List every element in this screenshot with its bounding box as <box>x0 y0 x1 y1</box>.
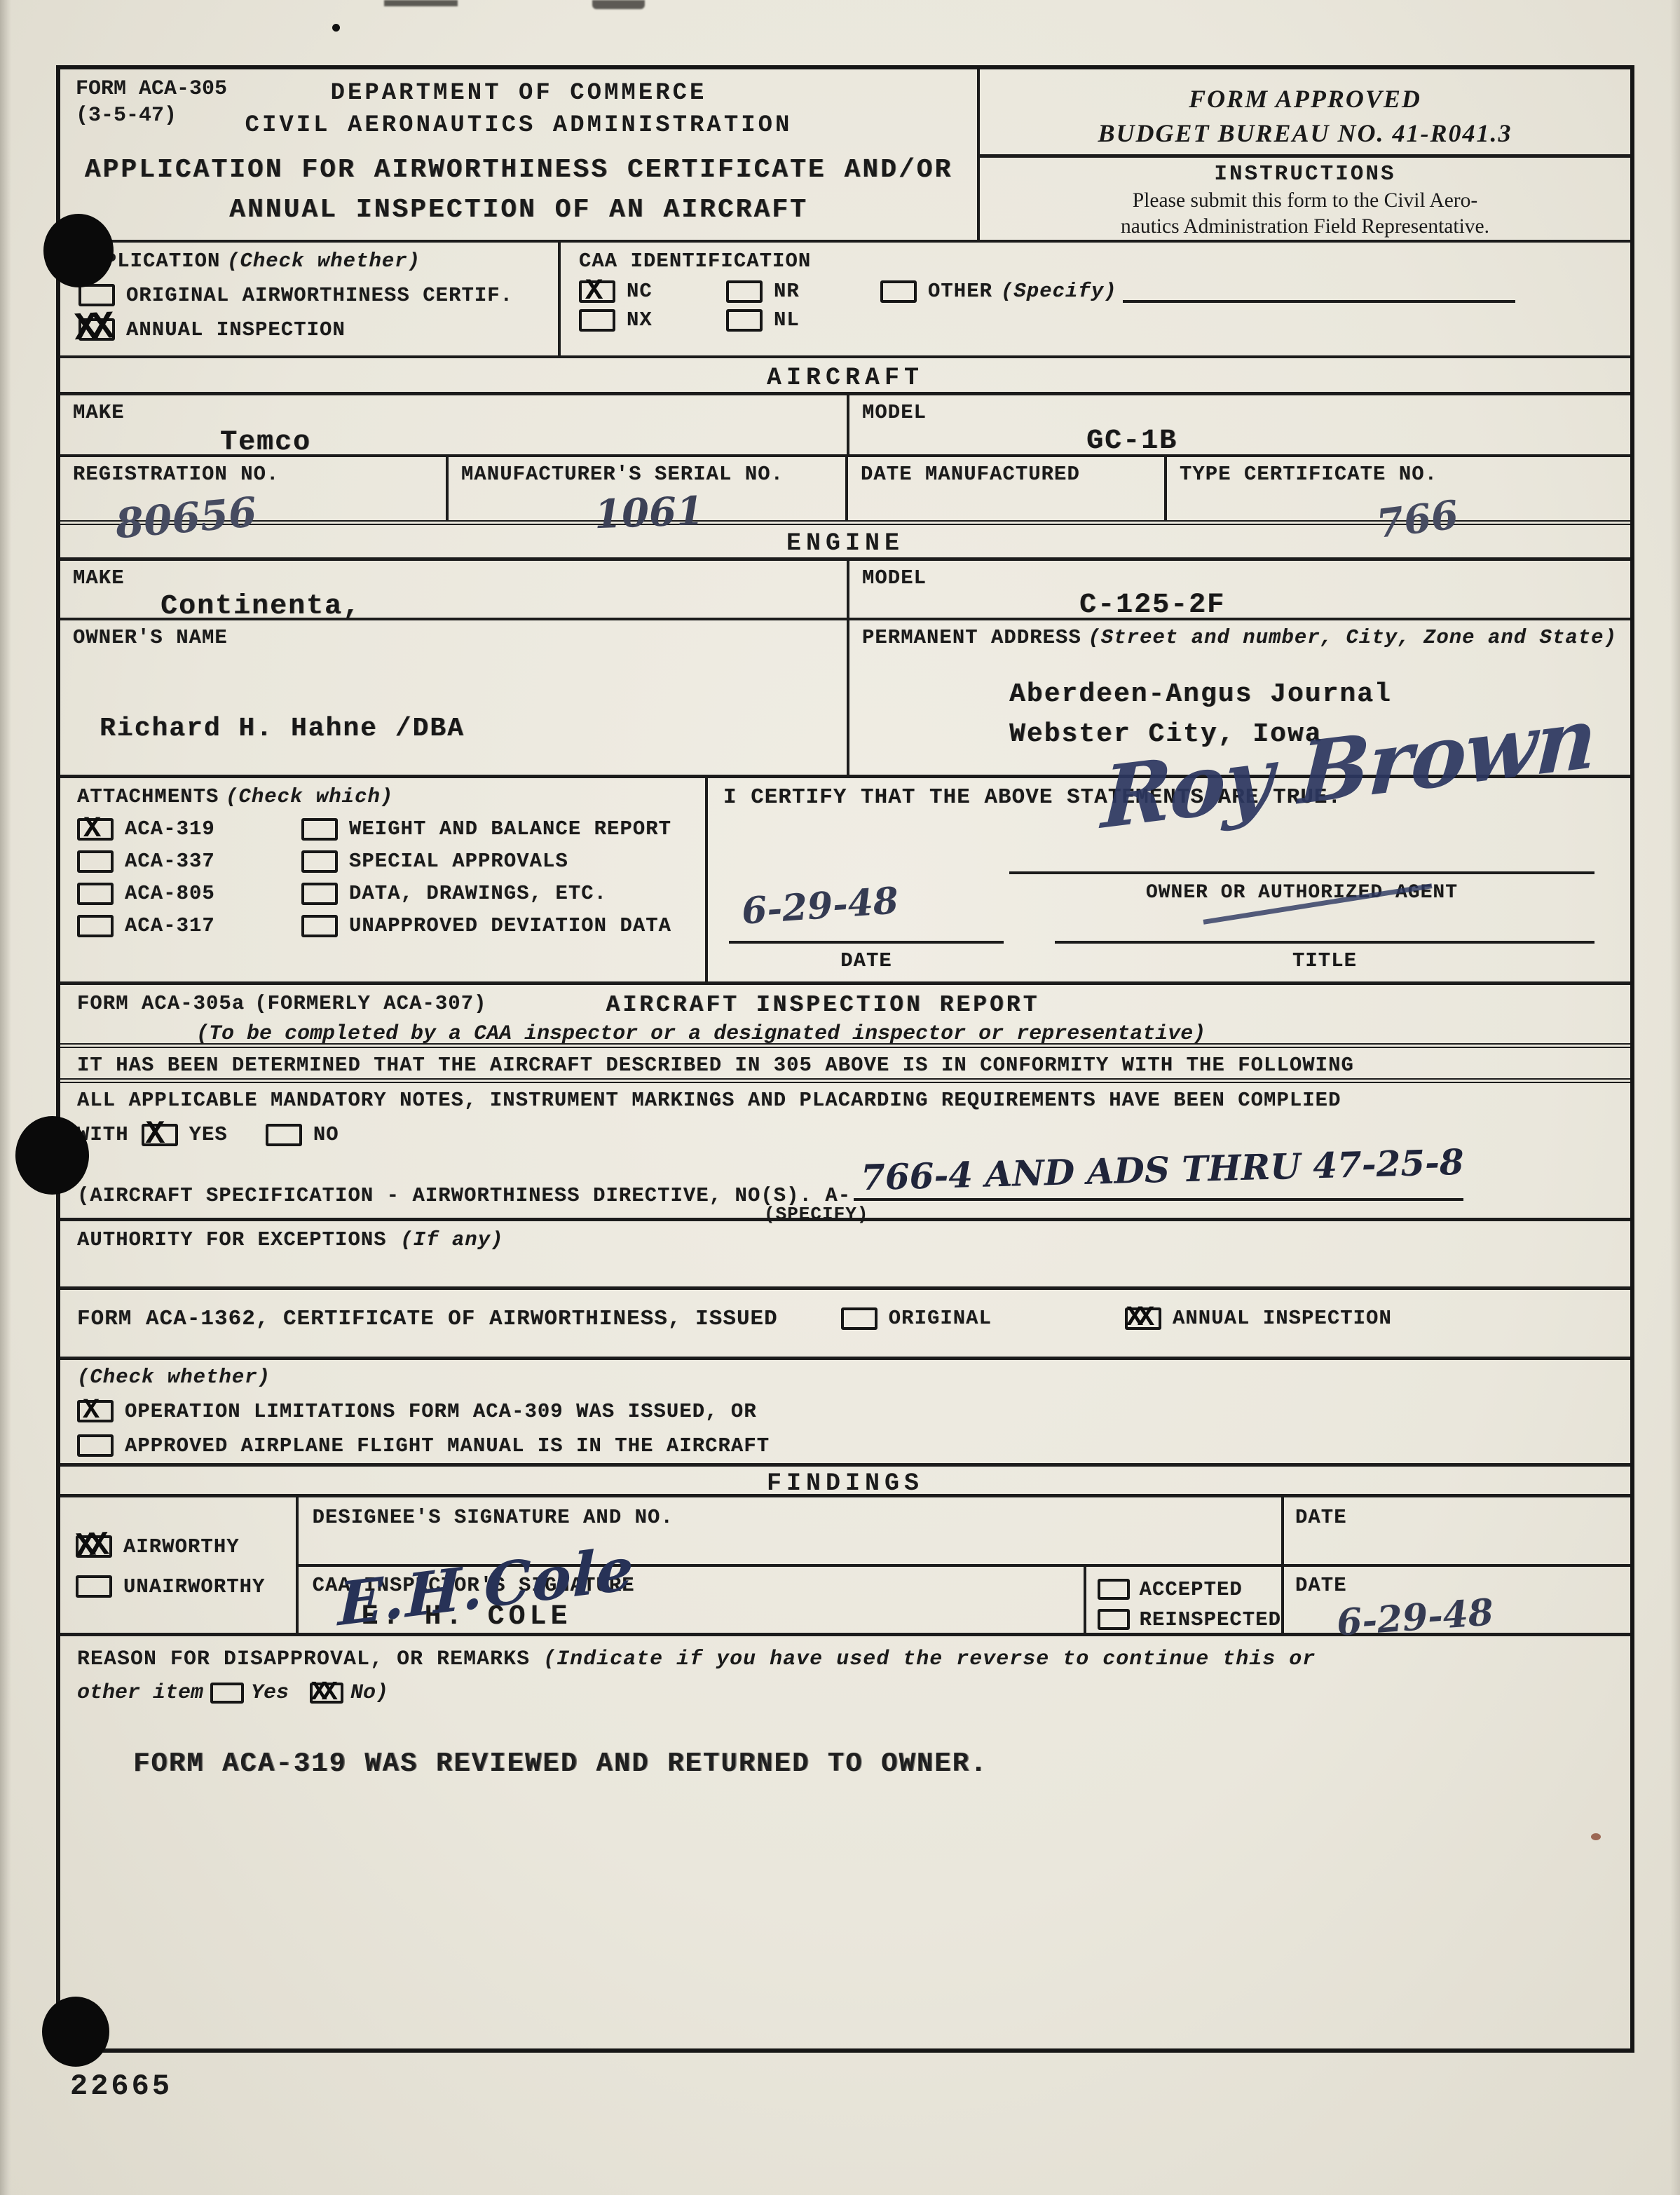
attachments-hint: (Check which) <box>226 785 393 808</box>
findings-table: XX AIRWORTHY UNAIRWORTHY DESIGNEE'S SIGN… <box>60 1497 1630 1636</box>
signer-line-label: OWNER OR AUTHORIZED AGENT <box>1009 882 1594 904</box>
report-title: AIRCRAFT INSPECTION REPORT <box>606 992 1040 1018</box>
engine-model-cell: MODEL C-125-2F <box>849 561 1630 618</box>
attachment-row: ACA-317 UNAPPROVED DEVIATION DATA <box>77 914 705 937</box>
check-mark: X <box>83 1397 100 1425</box>
instructions-box: INSTRUCTIONS Please submit this form to … <box>980 158 1630 240</box>
inspector-date-cell: DATE 6-29-48 <box>1284 1567 1630 1633</box>
no-checkbox <box>266 1124 302 1146</box>
other-checkbox <box>880 280 917 303</box>
aircraft-model-value: GC-1B <box>1086 426 1630 457</box>
signature-line <box>1009 871 1594 874</box>
spec-value: 766-4 AND ADS THRU 47-25-8 <box>861 1141 1465 1199</box>
aircraft-make-value: Temco <box>220 427 847 458</box>
scan-smudge <box>384 0 458 6</box>
option-original-certif: ORIGINAL AIRWORTHINESS CERTIF. <box>78 283 558 307</box>
option-unairworthy: UNAIRWORTHY <box>76 1574 296 1598</box>
accepted-checkbox <box>1098 1579 1130 1600</box>
date-manufactured-cell: DATE MANUFACTURED <box>848 457 1167 520</box>
page-edge-shadow-right <box>1670 0 1680 2195</box>
application-section: APPLICATION (Check whether) ORIGINAL AIR… <box>60 243 561 355</box>
option-flight-manual: APPROVED AIRPLANE FLIGHT MANUAL IS IN TH… <box>77 1433 1630 1457</box>
option-operation-limitations: X OPERATION LIMITATIONS FORM ACA-309 WAS… <box>77 1399 1630 1423</box>
spec-fill-line: 766-4 AND ADS THRU 47-25-8 <box>854 1167 1463 1201</box>
aircraft-section-title: AIRCRAFT <box>60 358 1630 395</box>
operation-limitations-checkbox: X <box>77 1400 114 1422</box>
certification-section: I CERTIFY THAT THE ABOVE STATEMENTS ARE … <box>708 778 1630 981</box>
form-header: FORM ACA-305 (3-5-47) DEPARTMENT OF COMM… <box>60 69 1630 243</box>
agency-name: DEPARTMENT OF COMMERCE CIVIL AERONAUTICS… <box>60 78 977 142</box>
engine-model-value: C-125-2F <box>1079 590 1630 621</box>
attachment-row: ACA-805 DATA, DRAWINGS, ETC. <box>77 882 705 905</box>
nl-checkbox <box>726 309 763 332</box>
flight-manual-checkbox <box>77 1434 114 1457</box>
accepted-cell: ACCEPTED REINSPECTED <box>1086 1567 1284 1633</box>
date-line <box>729 941 1004 944</box>
attachments-label: ATTACHMENTS <box>77 785 219 808</box>
option-reinspected: REINSPECTED <box>1098 1607 1281 1631</box>
punch-hole <box>42 1997 109 2067</box>
engine-make-cell: MAKE Continenta, <box>60 561 849 618</box>
title-label: TITLE <box>1055 949 1594 972</box>
complied-row: ALL APPLICABLE MANDATORY NOTES, INSTRUME… <box>60 1083 1630 1221</box>
check-mark: X <box>585 276 603 306</box>
aca-805-checkbox <box>77 883 114 905</box>
aca-1362-text: FORM ACA-1362, CERTIFICATE OF AIRWORTHIN… <box>77 1307 778 1331</box>
original-checkbox <box>841 1307 877 1330</box>
scan-smudge <box>592 0 645 9</box>
serial-value: 1061 <box>594 483 846 538</box>
check-mark: X <box>146 1118 165 1150</box>
option-accepted: ACCEPTED <box>1098 1577 1281 1601</box>
nx-checkbox <box>579 309 615 332</box>
spec-directive-line: (AIRCRAFT SPECIFICATION - AIRWORTHINESS … <box>77 1167 1630 1207</box>
page-edge-shadow-left <box>0 0 11 2195</box>
engine-make-model-row: MAKE Continenta, MODEL C-125-2F <box>60 561 1630 620</box>
option-annual: XX ANNUAL INSPECTION <box>1125 1307 1392 1330</box>
serial-cell: MANUFACTURER'S SERIAL NO. 1061 <box>449 457 848 520</box>
check-mark: XX <box>311 1680 332 1706</box>
aircraft-make-cell: MAKE Temco <box>60 395 849 454</box>
option-nc: X NC <box>579 280 726 303</box>
findings-right: DESIGNEE'S SIGNATURE AND NO. DATE CAA IN… <box>299 1497 1630 1633</box>
remarks-yes-checkbox <box>210 1683 244 1704</box>
airworthy-checkbox: XX <box>76 1535 112 1558</box>
remarks-yes-no-line: other item Yes XX No) <box>77 1681 1630 1705</box>
punch-hole <box>43 214 114 287</box>
aircraft-model-cell: MODEL GC-1B <box>849 395 1630 454</box>
designee-date-cell: DATE <box>1284 1497 1630 1564</box>
caa-identification-label: CAA IDENTIFICATION <box>579 250 811 273</box>
aca-337-checkbox <box>77 850 114 873</box>
remarks-section: REASON FOR DISAPPROVAL, OR REMARKS (Indi… <box>60 1636 1630 2048</box>
special-approvals-checkbox <box>301 850 338 873</box>
header-right-cell: FORM APPROVED BUDGET BUREAU NO. 41-R041.… <box>980 69 1630 240</box>
spec-prefix: (AIRCRAFT SPECIFICATION - AIRWORTHINESS … <box>77 1184 851 1207</box>
instructions-title: INSTRUCTIONS <box>980 162 1630 186</box>
attachments-certification-row: ATTACHMENTS (Check which) X ACA-319 WEIG… <box>60 778 1630 985</box>
unairworthy-checkbox <box>76 1575 112 1598</box>
nr-checkbox <box>726 280 763 303</box>
owner-name-cell: OWNER'S NAME Richard H. Hahne /DBA <box>60 620 849 775</box>
aca-317-checkbox <box>77 915 114 937</box>
form-aca-305: FORM ACA-305 (3-5-47) DEPARTMENT OF COMM… <box>56 65 1634 2053</box>
check-mark: XX <box>1126 1305 1149 1333</box>
option-other: OTHER (Specify) <box>880 280 1515 303</box>
option-original: ORIGINAL <box>841 1307 992 1330</box>
owner-name-value: Richard H. Hahne /DBA <box>100 714 847 744</box>
designee-signature-cell: DESIGNEE'S SIGNATURE AND NO. <box>299 1497 1284 1564</box>
data-drawings-checkbox <box>301 883 338 905</box>
option-annual-inspection: XX ANNUAL INSPECTION <box>78 317 558 341</box>
findings-section-title: FINDINGS <box>60 1467 1630 1497</box>
application-row: APPLICATION (Check whether) ORIGINAL AIR… <box>60 243 1630 358</box>
authority-label: AUTHORITY FOR EXCEPTIONS <box>77 1228 387 1251</box>
complied-text: ALL APPLICABLE MANDATORY NOTES, INSTRUME… <box>77 1089 1341 1112</box>
report-form-number: FORM ACA-305a <box>77 992 245 1018</box>
registration-cell: REGISTRATION NO. 80656 <box>60 457 449 520</box>
type-certificate-cell: TYPE CERTIFICATE NO. 766 <box>1167 457 1630 520</box>
form-title: APPLICATION FOR AIRWORTHINESS CERTIFICAT… <box>60 150 977 230</box>
title-line <box>1055 941 1594 944</box>
authority-hint: (If any) <box>400 1228 503 1251</box>
option-airworthy: XX AIRWORTHY <box>76 1534 296 1558</box>
annual-inspection-checkbox: XX <box>78 318 115 341</box>
remarks-no-checkbox: XX <box>310 1683 343 1704</box>
report-formerly: (FORMERLY ACA-307) <box>254 992 486 1018</box>
aircraft-make-model-row: MAKE Temco MODEL GC-1B <box>60 395 1630 457</box>
attachment-row: X ACA-319 WEIGHT AND BALANCE REPORT <box>77 817 705 841</box>
check-mark: XX <box>75 1529 103 1564</box>
nc-checkbox: X <box>579 280 615 303</box>
reinspected-checkbox <box>1098 1609 1130 1630</box>
instructions-body: Please submit this form to the Civil Aer… <box>980 188 1630 240</box>
page-serial-number: 22665 <box>70 2070 172 2103</box>
unapproved-deviation-checkbox <box>301 915 338 937</box>
option-nx: NX <box>579 308 726 332</box>
ink-dot-artifact <box>332 24 340 32</box>
check-mark: XX <box>74 307 109 348</box>
remarks-hint: (Indicate if you have used the reverse t… <box>543 1647 1316 1671</box>
yes-checkbox: X <box>142 1124 178 1146</box>
caa-inspector-cell: CAA INSPECTOR'S SIGNATURE E. H. COLE E.H… <box>299 1567 1086 1633</box>
option-nr: NR <box>726 280 880 303</box>
aca-319-checkbox: X <box>77 818 114 841</box>
check-mark: X <box>83 814 101 843</box>
header-left-cell: FORM ACA-305 (3-5-47) DEPARTMENT OF COMM… <box>60 69 980 240</box>
findings-worthiness-cell: XX AIRWORTHY UNAIRWORTHY <box>60 1497 299 1633</box>
option-nl: NL <box>726 308 800 332</box>
determined-row: IT HAS BEEN DETERMINED THAT THE AIRCRAFT… <box>60 1048 1630 1083</box>
inspection-report-header: FORM ACA-305a (FORMERLY ACA-307) AIRCRAF… <box>60 985 1630 1048</box>
remarks-header: REASON FOR DISAPPROVAL, OR REMARKS (Indi… <box>77 1647 1630 1671</box>
remarks-note: FORM ACA-319 WAS REVIEWED AND RETURNED T… <box>133 1748 1630 1779</box>
annual-issued-checkbox: XX <box>1125 1307 1161 1330</box>
authority-row: AUTHORITY FOR EXCEPTIONS (If any) <box>60 1221 1630 1290</box>
determined-text: IT HAS BEEN DETERMINED THAT THE AIRCRAFT… <box>77 1054 1354 1077</box>
application-hint: (Check whether) <box>227 250 421 273</box>
caa-identification-section: CAA IDENTIFICATION X NC NR OTHER (Specif… <box>561 243 1630 355</box>
aircraft-registration-row: REGISTRATION NO. 80656 MANUFACTURER'S SE… <box>60 457 1630 525</box>
engine-make-value: Continenta, <box>161 591 847 623</box>
check-whether-row: (Check whether) X OPERATION LIMITATIONS … <box>60 1360 1630 1467</box>
report-subtitle: (To be completed by a CAA inspector or a… <box>196 1022 1630 1046</box>
check-whether-label: (Check whether) <box>77 1366 271 1389</box>
attachment-row: ACA-337 SPECIAL APPROVALS <box>77 850 705 873</box>
weight-balance-checkbox <box>301 818 338 841</box>
inspector-row: CAA INSPECTOR'S SIGNATURE E. H. COLE E.H… <box>299 1567 1630 1633</box>
aca-1362-row: FORM ACA-1362, CERTIFICATE OF AIRWORTHIN… <box>60 1290 1630 1360</box>
certification-date-value: 6-29-48 <box>740 879 900 932</box>
form-approved-box: FORM APPROVED BUDGET BUREAU NO. 41-R041.… <box>980 69 1630 158</box>
other-specify-line <box>1123 280 1515 303</box>
attachments-section: ATTACHMENTS (Check which) X ACA-319 WEIG… <box>60 778 708 981</box>
date-label: DATE <box>729 949 1004 972</box>
punch-hole <box>15 1116 89 1195</box>
